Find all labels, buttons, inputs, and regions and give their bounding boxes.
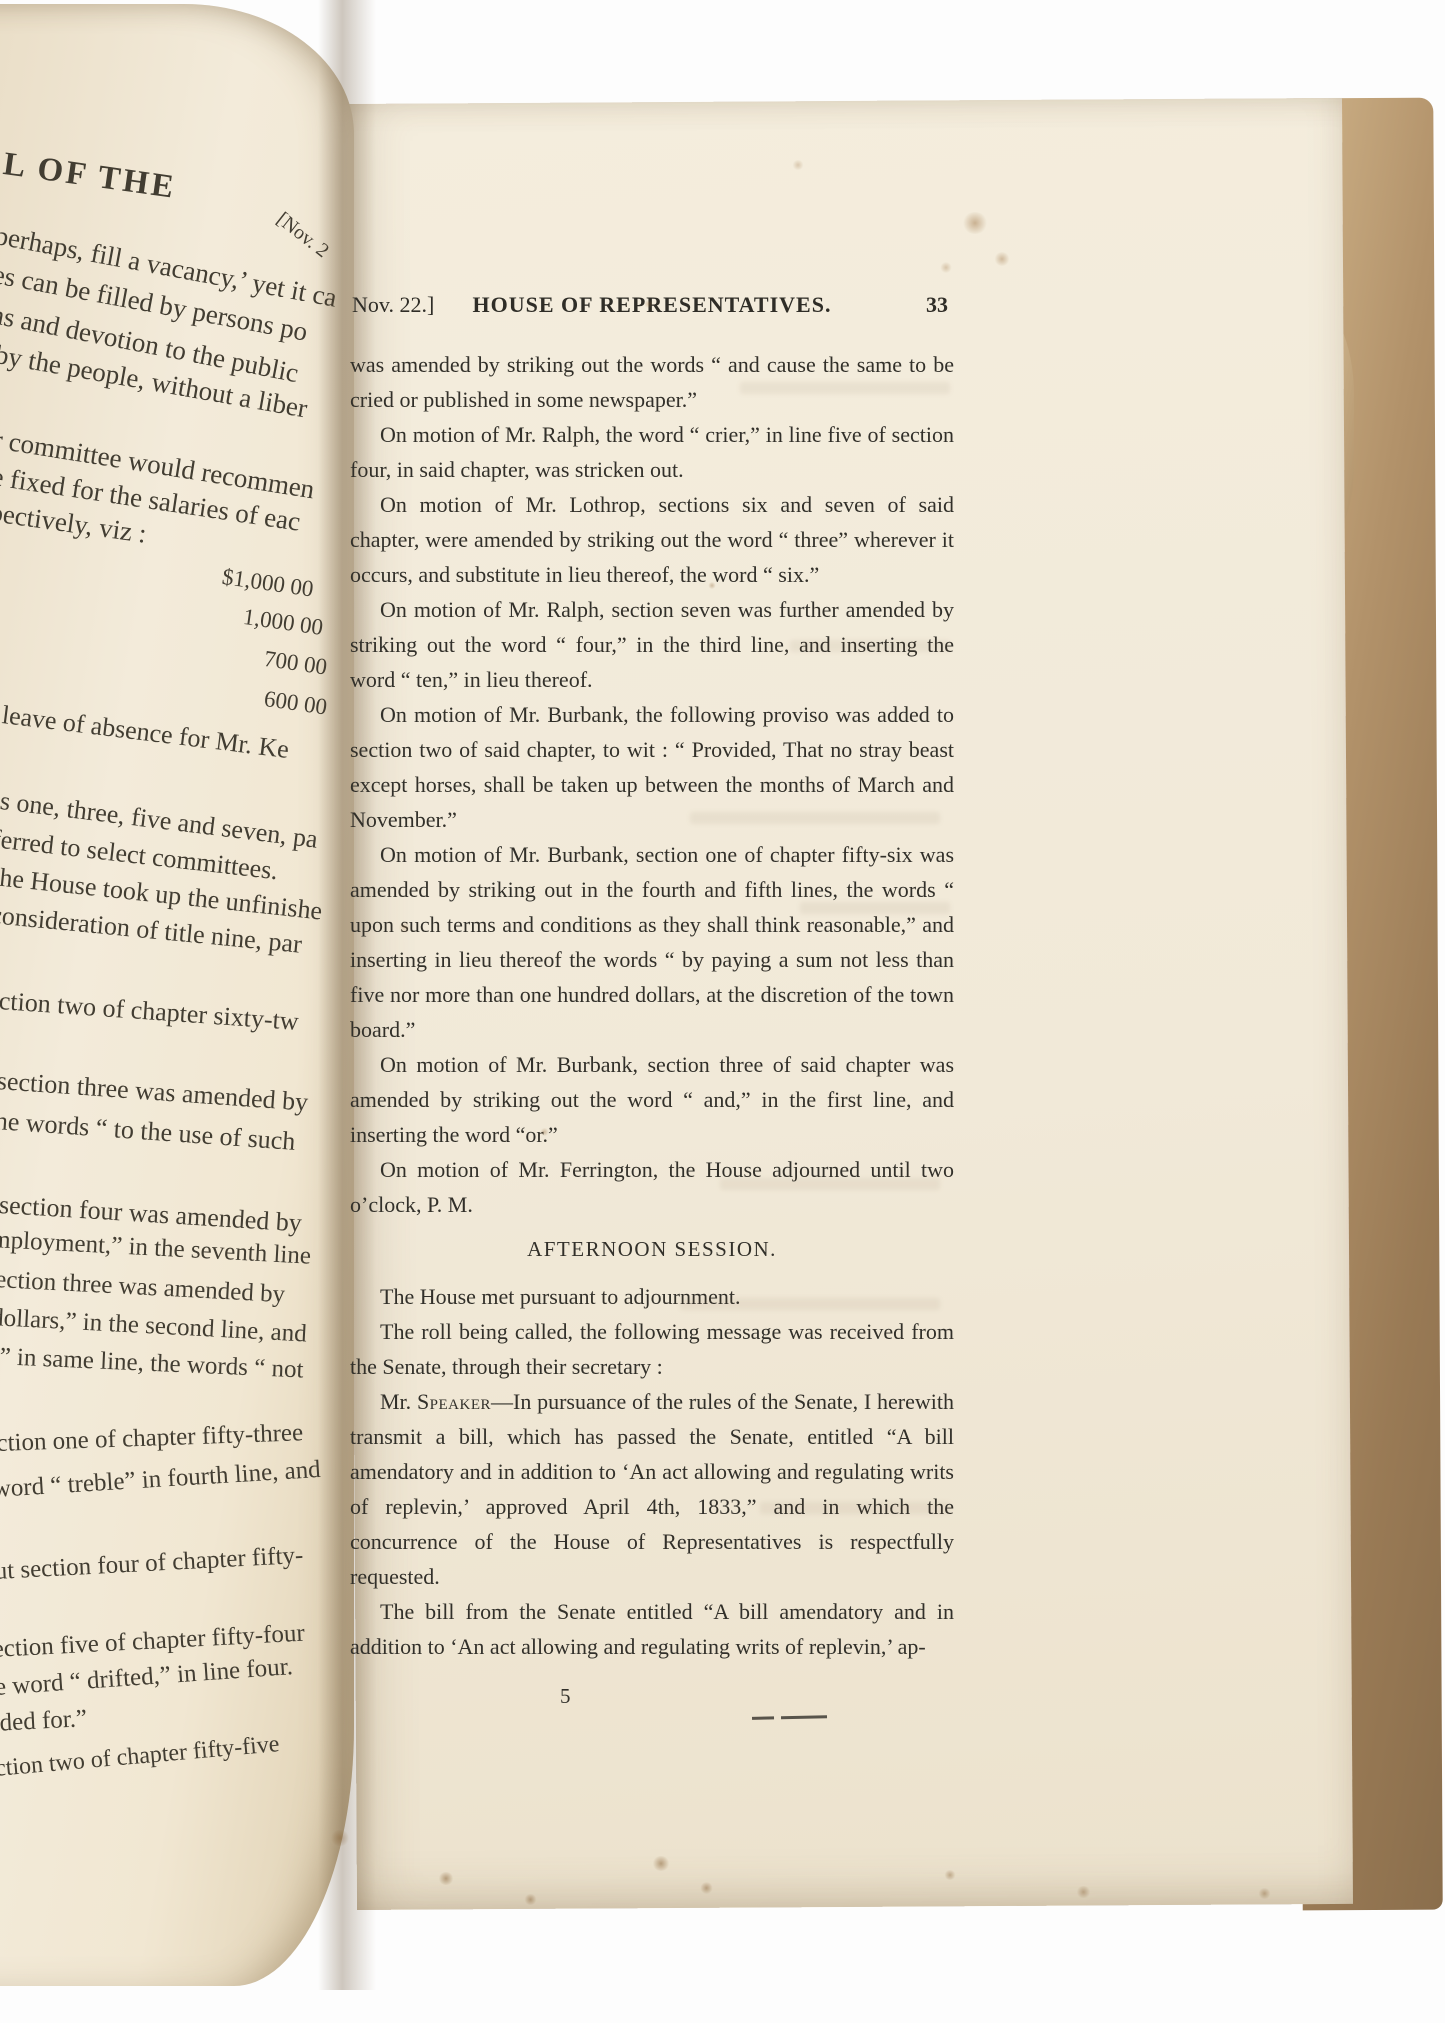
paragraph: The roll being called, the following mes…	[350, 1314, 954, 1384]
salary-amount: 1,000 00	[241, 604, 324, 641]
paragraph: On motion of Mr. Burbank, the following …	[350, 697, 954, 837]
right-page-header: Nov. 22.] HOUSE OF REPRESENTATIVES. 33	[350, 292, 954, 328]
paragraph: On motion of Mr. Burbank, section one of…	[350, 837, 954, 1047]
speaker-lead: Mr.	[380, 1389, 417, 1414]
paragraph: On motion of Mr. Burbank, section three …	[350, 1047, 954, 1152]
paragraph: The bill from the Senate entitled “A bil…	[350, 1594, 954, 1664]
left-text-line: ,” in same line, the words “ not	[0, 1343, 304, 1385]
paragraph: On motion of Mr. Ralph, the word “ crier…	[350, 417, 954, 487]
paragraph: On motion of Mr. Ferrington, the House a…	[350, 1152, 954, 1222]
speaker-rest: —In pursuance of the rules of the Senate…	[350, 1389, 954, 1589]
left-page-text-layer: L OF THE [Nov. 2 perhaps, fill a vacancy…	[0, 0, 349, 2023]
left-text-line: ction one of chapter fifty-three	[0, 1419, 304, 1458]
header-page-number: 33	[926, 292, 948, 318]
dash-rule-artifact	[752, 1707, 834, 1727]
salary-amount: $1,000 00	[220, 564, 315, 603]
paragraph: On motion of Mr. Lothrop, sections six a…	[350, 487, 954, 592]
paragraph: The House met pursuant to adjournment.	[350, 1279, 954, 1314]
paragraph: On motion of Mr. Ralph, section seven wa…	[350, 592, 954, 697]
left-text-line: ction two of chapter fifty-five	[0, 1731, 281, 1783]
speaker-name: Speaker	[417, 1389, 491, 1414]
paragraph: was amended by striking out the words “ …	[350, 347, 954, 417]
speaker-paragraph: Mr. Speaker—In pursuance of the rules of…	[350, 1384, 954, 1594]
signature-mark: 5	[560, 1684, 571, 1709]
left-text-line: ction two of chapter sixty-tw	[0, 986, 300, 1037]
left-text-line: ection three was amended by	[0, 1266, 286, 1310]
left-text-line: ided for.”	[0, 1705, 88, 1739]
left-text-line: ut section four of chapter fifty-	[0, 1542, 304, 1587]
left-text-line: word “ treble” in fourth line, and	[0, 1456, 322, 1505]
left-text-line: leave of absence for Mr. Ke	[0, 700, 290, 765]
book-photo: L OF THE [Nov. 2 perhaps, fill a vacancy…	[0, 0, 1445, 2023]
left-running-head: L OF THE	[1, 146, 179, 208]
left-text-line: dollars,” in the second line, and	[0, 1304, 307, 1349]
session-heading: AFTERNOON SESSION.	[350, 1232, 954, 1267]
right-page-body: was amended by striking out the words “ …	[350, 347, 954, 1664]
header-title: HOUSE OF REPRESENTATIVES.	[350, 292, 954, 318]
